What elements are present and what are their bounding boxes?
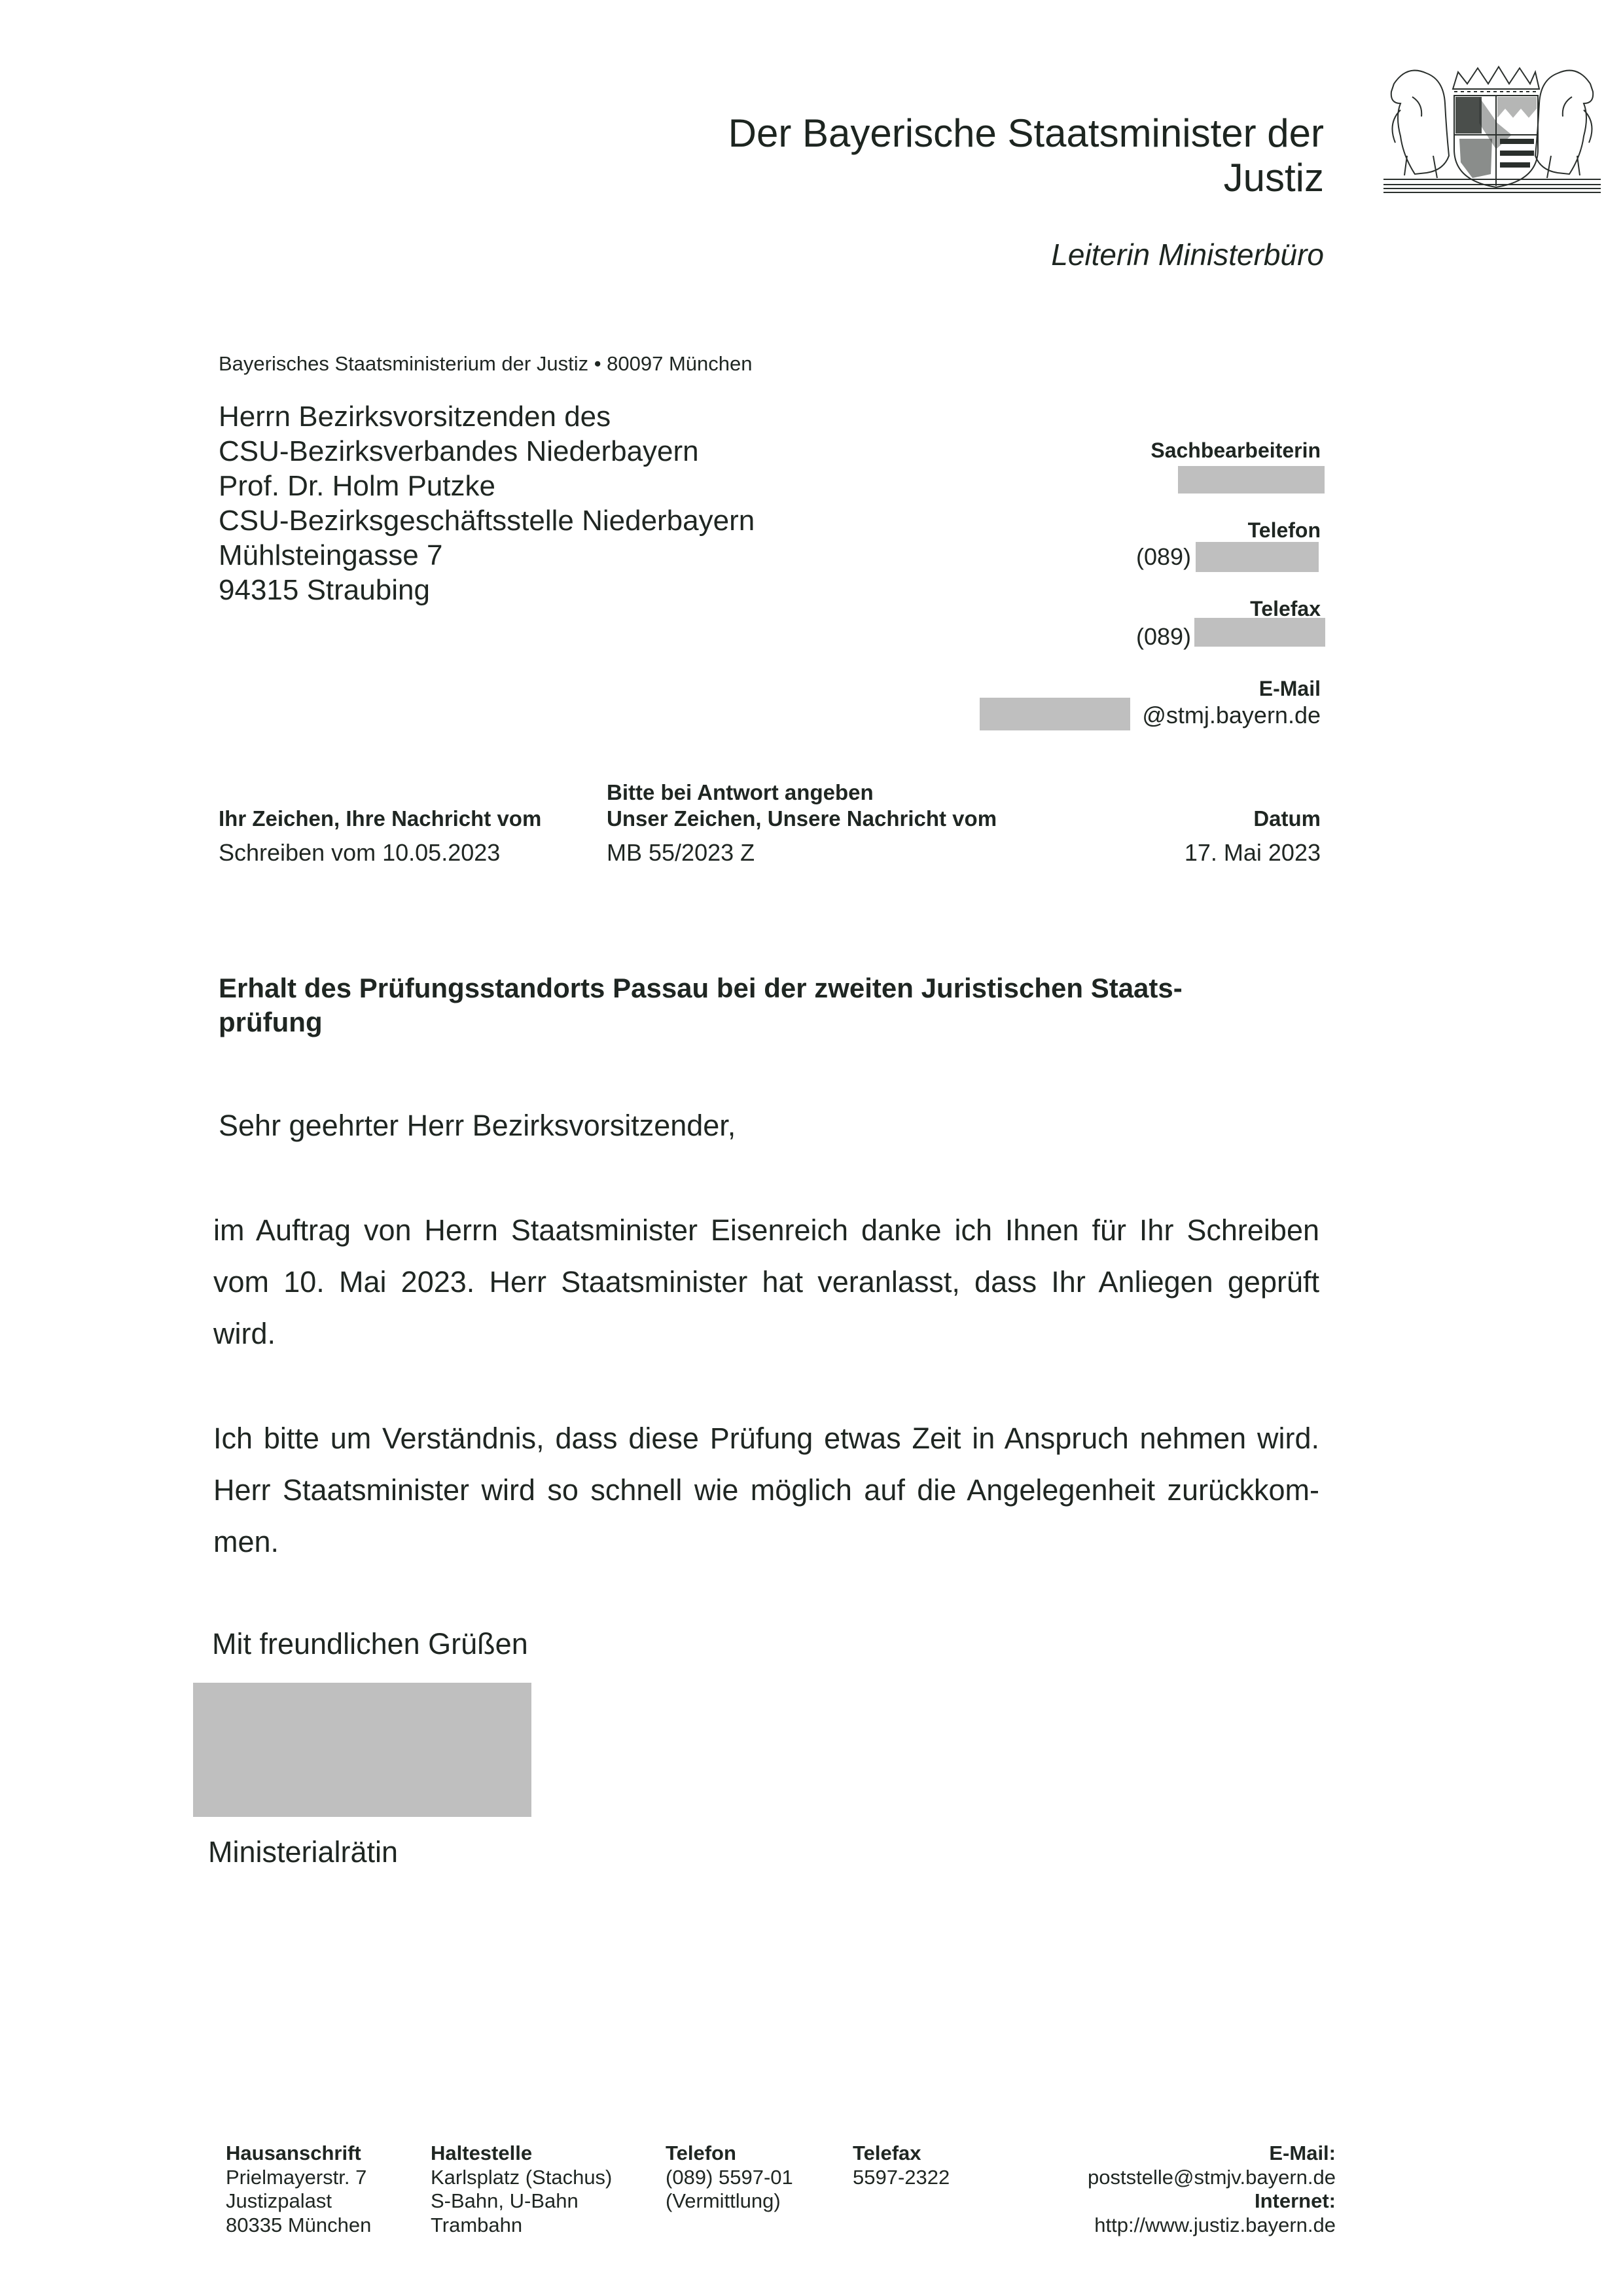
paragraph-2-line: Herr Staatsminister wird so schnell wie … (213, 1464, 1319, 1516)
clerk-name-redaction (1178, 466, 1325, 493)
footer-internet-label: Internet: (1088, 2189, 1336, 2214)
footer-fax-label: Telefax (853, 2142, 950, 2166)
email-user-redaction (980, 698, 1130, 730)
paragraph-1-line: wird. (213, 1308, 1319, 1359)
footer-online: E-Mail: poststelle@stmjv.bayern.de Inter… (1088, 2142, 1336, 2237)
footer-phone: Telefon (089) 5597-01 (Vermittlung) (666, 2142, 793, 2214)
phone-number-redaction (1196, 542, 1319, 572)
your-reference-value: Schreiben vom 10.05.2023 (219, 839, 500, 867)
footer-fax-line: 5597-2322 (853, 2166, 950, 2190)
footer-transit-line: S-Bahn, U-Bahn (431, 2189, 612, 2214)
bavarian-coat-of-arms-icon (1381, 58, 1603, 196)
ministry-title-line1: Der Bayerische Staatsminister der (728, 111, 1324, 156)
footer-fax: Telefax 5597-2322 (853, 2142, 950, 2189)
paragraph-2-line: Ich bitte um Verständnis, dass diese Prü… (213, 1412, 1319, 1464)
closing-phrase: Mit freundlichen Grüßen (212, 1627, 528, 1661)
footer-phone-line: (089) 5597-01 (666, 2166, 793, 2190)
footer-address-line: Prielmayerstr. 7 (226, 2166, 371, 2190)
body-paragraph-1: im Auftrag von Herrn Staatsminister Eise… (213, 1204, 1319, 1359)
footer-address-line: 80335 München (226, 2214, 371, 2238)
body-paragraph-2: Ich bitte um Verständnis, dass diese Prü… (213, 1412, 1319, 1568)
recipient-city: 94315 Straubing (219, 573, 430, 607)
sender-return-address: Bayerisches Staatsministerium der Justiz… (219, 352, 753, 376)
our-reference-value: MB 55/2023 Z (607, 839, 755, 867)
fax-number-redaction (1194, 618, 1325, 647)
footer-transit-line: Karlsplatz (Stachus) (431, 2166, 612, 2190)
footer-phone-label: Telefon (666, 2142, 793, 2166)
your-reference-label: Ihr Zeichen, Ihre Nachricht vom (219, 806, 541, 831)
fax-prefix: (089) (1136, 623, 1191, 651)
email-domain: @stmj.bayern.de (1142, 702, 1321, 729)
footer-transit-label: Haltestelle (431, 2142, 612, 2166)
clerk-label: Sachbearbeiterin (1150, 439, 1321, 463)
footer-address-label: Hausanschrift (226, 2142, 371, 2166)
date-value: 17. Mai 2023 (1185, 839, 1321, 867)
subject-line-1: Erhalt des Prüfungsstandorts Passau bei … (219, 971, 1325, 1005)
our-reference-label: Unser Zeichen, Unsere Nachricht vom (607, 806, 997, 831)
phone-prefix: (089) (1136, 543, 1191, 571)
letter-subject: Erhalt des Prüfungsstandorts Passau bei … (219, 971, 1325, 1039)
date-label: Datum (1253, 806, 1321, 831)
footer-address-line: Justizpalast (226, 2189, 371, 2214)
paragraph-1-line: vom 10. Mai 2023. Herr Staatsminister ha… (213, 1256, 1319, 1308)
paragraph-2-line: men. (213, 1516, 1319, 1568)
phone-label: Telefon (1248, 518, 1321, 543)
recipient-name: Prof. Dr. Holm Putzke (219, 469, 495, 503)
recipient-line-1: Herrn Bezirksvorsitzenden des (219, 399, 611, 434)
signature-redaction (193, 1683, 531, 1817)
subject-line-2: prüfung (219, 1005, 1325, 1039)
footer-website-link[interactable]: http://www.justiz.bayern.de (1088, 2214, 1336, 2238)
email-label: E-Mail (1259, 677, 1321, 701)
salutation: Sehr geehrter Herr Bezirksvorsitzender, (219, 1109, 736, 1143)
recipient-line-4: CSU-Bezirksgeschäftsstelle Niederbayern (219, 503, 755, 538)
paragraph-1-line: im Auftrag von Herrn Staatsminister Eise… (213, 1204, 1319, 1256)
recipient-street: Mühlsteingasse 7 (219, 538, 442, 573)
footer-phone-line: (Vermittlung) (666, 2189, 793, 2214)
office-subtitle: Leiterin Ministerbüro (1051, 237, 1324, 272)
signer-title: Ministerialrätin (208, 1835, 398, 1869)
recipient-line-2: CSU-Bezirksverbandes Niederbayern (219, 434, 699, 469)
footer-transit-line: Trambahn (431, 2214, 612, 2238)
footer-email-label: E-Mail: (1088, 2142, 1336, 2166)
footer-transit: Haltestelle Karlsplatz (Stachus) S-Bahn,… (431, 2142, 612, 2237)
ministry-title-line2: Justiz (1224, 156, 1324, 200)
footer-address: Hausanschrift Prielmayerstr. 7 Justizpal… (226, 2142, 371, 2237)
footer-email-link[interactable]: poststelle@stmjv.bayern.de (1088, 2166, 1336, 2190)
reply-note: Bitte bei Antwort angeben (607, 780, 874, 805)
